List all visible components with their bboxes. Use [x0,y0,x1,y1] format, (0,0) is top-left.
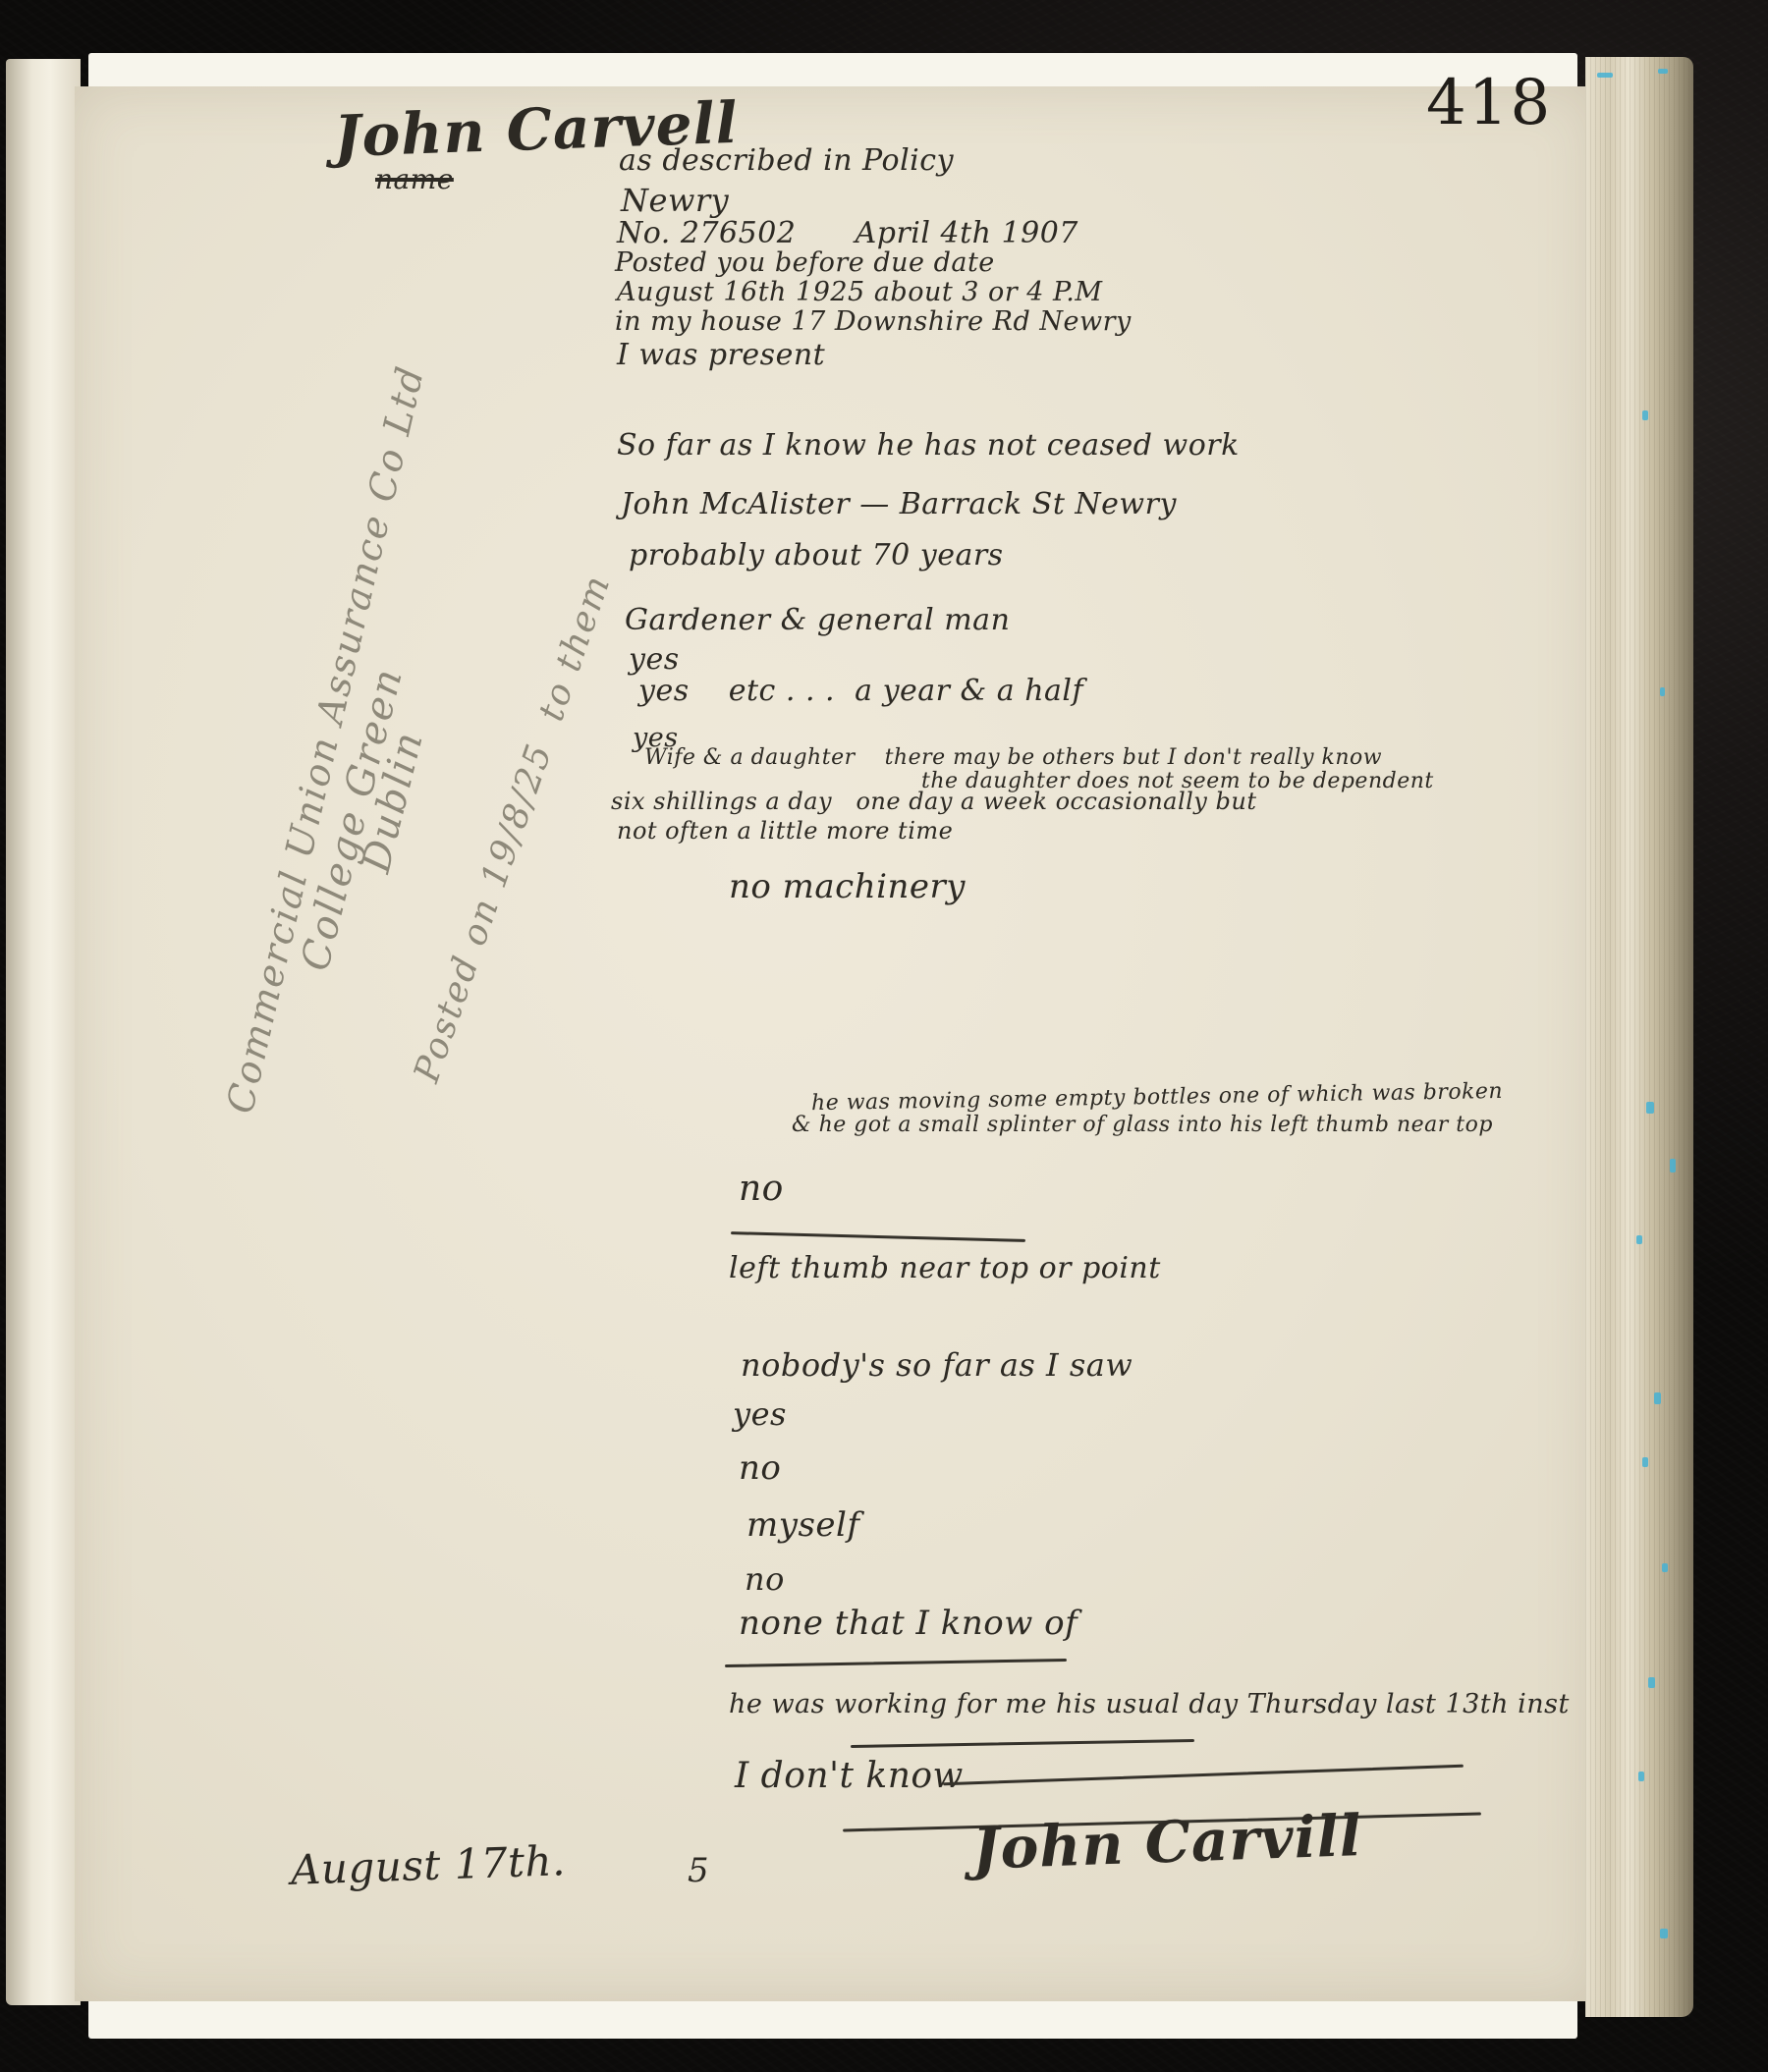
answer-no: no [745,1563,785,1597]
blue-edge-mark [1660,687,1665,696]
scanned-ledger-photo: 418 John Carvell name as described in Po… [0,0,1768,2072]
service-length-line: yes etc . . . a year & a half [638,676,1083,707]
blue-edge-mark [1646,1102,1654,1114]
blue-edge-mark [1648,1677,1655,1688]
posted-premium-line: Posted you before due date [615,249,995,277]
previous-page-edge [6,59,81,2005]
blue-edge-mark [1642,410,1648,420]
blue-edge-mark [1670,1159,1676,1172]
accident-address-line: in my house 17 Downshire Rd Newry [615,308,1132,336]
injured-name-address-line: John McAlister — Barrack St Newry [621,489,1177,520]
answer-none-known: none that I know of [739,1607,1077,1642]
wages-line-2: not often a little more time [617,819,953,844]
witnesses-line: nobody's so far as I saw [741,1349,1133,1383]
struck-out-word: name [375,165,454,193]
policy-description-line: as described in Policy [619,145,954,177]
last-worked-line: he was working for me his usual day Thur… [729,1691,1570,1718]
page-stack-fore-edge [1585,57,1693,2017]
age-line: probably about 70 years [629,540,1004,572]
blue-edge-mark [1658,69,1668,74]
blue-edge-mark [1597,73,1613,78]
answer-myself: myself [746,1508,859,1544]
page-edges-texture [1585,57,1693,2017]
place-line: Newry [621,185,729,218]
dont-know-line: I don't know [735,1758,964,1795]
footer-number: 5 [688,1854,709,1889]
witness-present-line: I was present [617,340,825,371]
occupation-line: Gardener & general man [625,605,1010,636]
injury-location-line: left thumb near top or point [729,1253,1161,1284]
wages-line: six shillings a day one day a week occas… [611,790,1256,814]
footer-date: August 17th. [290,1839,566,1892]
answer-yes: yes [733,1398,787,1432]
accident-date-line: August 16th 1925 about 3 or 4 P.M [617,279,1102,306]
bottom-signature: John Carvill [971,1806,1363,1880]
work-status-line: So far as I know he has not ceased work [617,430,1240,462]
blue-edge-mark [1642,1457,1648,1467]
blue-edge-mark [1654,1392,1661,1404]
blue-edge-mark [1662,1563,1668,1572]
page-number: 418 [1426,67,1552,139]
machinery-line: no machinery [729,870,966,905]
policy-number-line: No. 276502 April 4th 1907 [617,218,1078,249]
answer-yes: yes [629,644,680,676]
answer-no: no [739,1451,781,1487]
dependants-line: Wife & a daughter there may be others bu… [644,746,1382,769]
answer-no: no [739,1171,784,1208]
blue-edge-mark [1636,1235,1642,1244]
blue-edge-mark [1638,1772,1644,1781]
blue-edge-mark [1660,1929,1668,1938]
accident-description-line-2: & he got a small splinter of glass into … [792,1114,1493,1136]
